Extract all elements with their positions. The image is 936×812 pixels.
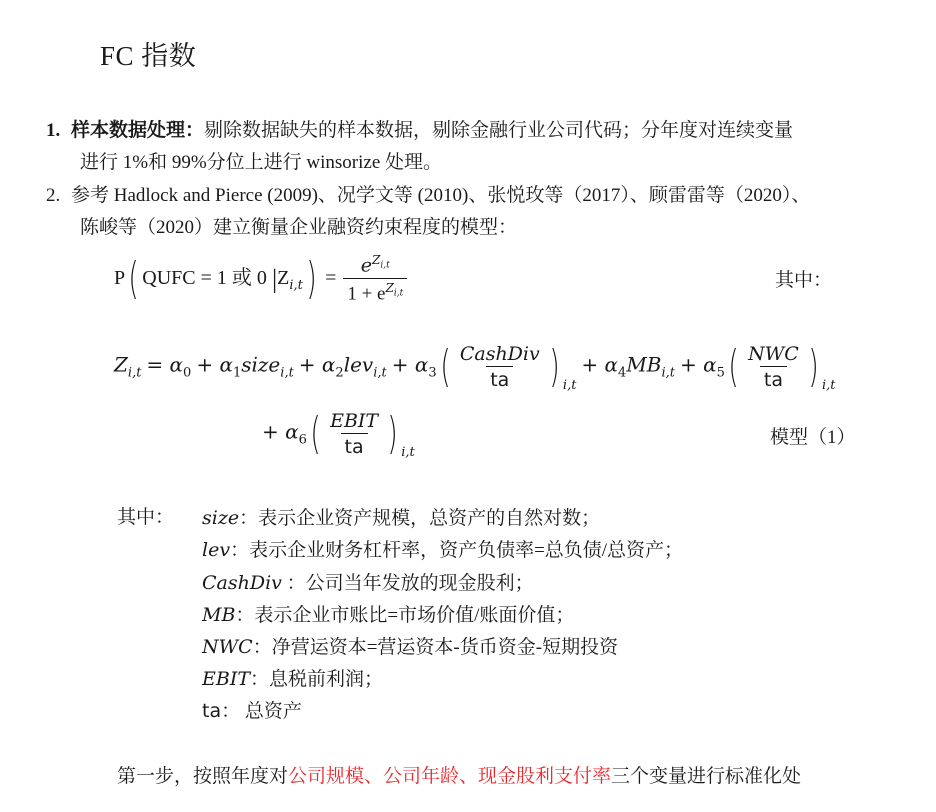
eq2-a0-sub: 0 [183,366,191,381]
definition-ta: ta： 总资产 [202,695,302,728]
left-paren: ( [129,257,139,301]
eq1-den-z: Z [386,281,394,295]
def-desc: ： 总资产 [221,701,302,722]
eq2-a3: + α [392,353,429,377]
eq2-a3-sub: 3 [428,366,436,381]
eq2-a5: + α [680,353,717,377]
item1-heading: 样本数据处理： [71,120,204,141]
list-item-2-line1: 2. 参考 Hadlock and Pierce (2009)、况学文等 (20… [46,180,810,212]
eq2-z: Z [114,353,128,377]
eq1-inner: QUFC = 1 或 0 [142,267,267,289]
frac-nwc-den: ta [760,366,787,391]
definition-lev: lev：表示企业财务杠杆率，资产负债率=总负债/总资产； [202,534,683,567]
definition-nwc: NWC：净营运资本=营运资本-货币资金-短期投资 [202,631,618,664]
paren-open: ( [310,412,320,456]
def-desc: ：净营运资本=营运资本-货币资金-短期投资 [253,637,618,658]
list-item-1-line1: 1. 样本数据处理：剔除数据缺失的样本数据，剔除金融行业公司代码；分年度对连续变… [46,115,793,147]
paren-close: ) [388,412,398,456]
step-1-paragraph: 第一步，按照年度对公司规模、公司年龄、现金股利支付率三个变量进行标准化处 [117,761,801,793]
item1-text: 剔除数据缺失的样本数据，剔除金融行业公司代码；分年度对连续变量 [204,120,793,141]
eq2-a2: + α [299,353,336,377]
frac-ebit-num: EBIT [326,410,382,433]
eq1-den-sub: i,t [394,289,403,299]
equation-probability: P(QUFC = 1 或 0 |Zi,t) = eZi,t 1 + eZi,t [114,253,409,306]
eq1-den: 1 + e [347,284,385,305]
def-desc: ：表示企业财务杠杆率，资产负债率=总负债/总资产； [230,540,683,561]
paren-open: ( [728,345,738,389]
eq2-a5-sub: 5 [717,366,725,381]
frac-cashdiv-num: CashDiv [456,343,544,366]
model-label: 模型（1） [770,422,856,454]
eq1-num-e: e [361,254,372,276]
step1-suffix: 三个变量进行标准化处 [611,766,801,787]
right-paren: ) [306,257,316,301]
frac-ebit-den: ta [341,433,368,458]
eq2-a2-sub: 2 [335,366,343,381]
eq2-a6: + α [262,420,299,444]
step1-prefix: 第一步，按照年度对 [117,766,288,787]
page-title: FC 指数 [100,34,196,73]
eq2-a6-sub: 6 [299,433,307,448]
eq2-lev-sub: i,t [373,366,387,381]
equation-z-model-cont: + α6(EBITta)i,t [262,410,415,458]
fraction-cashdiv: CashDivta [456,343,544,391]
eq1-equals: = [325,267,336,289]
eq1-p: P [114,267,125,289]
fraction-ebit: EBITta [326,410,382,458]
eq2-a0: = α [146,353,183,377]
definition-ebit: EBIT：息税前利润； [202,663,383,696]
frac-nwc-sub: i,t [822,378,836,393]
eq1-num-sub: i,t [380,260,389,270]
def-desc: ：表示企业资产规模，总资产的自然对数； [239,508,600,529]
eq1-aside: 其中： [775,265,832,297]
paren-open: ( [440,345,450,389]
eq2-a1: + α [196,353,233,377]
def-var: size [202,507,239,529]
eq2-lev: lev [344,353,374,377]
definition-mb: MB：表示企业市账比=市场价值/账面价值； [202,599,574,632]
def-var: NWC [202,636,253,658]
def-var: ta [202,700,221,722]
list-number-2: 2. [46,185,60,206]
def-var: CashDiv [202,572,282,594]
list-number-1: 1. [46,120,60,141]
eq2-z-sub: i,t [128,366,142,381]
eq1-z: Z [277,267,289,289]
eq1-fraction: eZi,t 1 + eZi,t [343,253,407,306]
fraction-nwc: NWCta [744,343,803,391]
frac-ebit-sub: i,t [401,445,415,460]
item2-text: 参考 Hadlock and Pierce (2009)、况学文等 (2010)… [71,185,810,206]
paren-close: ) [808,345,818,389]
step1-highlight: 公司规模、公司年龄、现金股利支付率 [288,766,611,787]
list-item-1-line2: 进行 1%和 99%分位上进行 winsorize 处理。 [80,147,442,179]
def-var: MB [202,604,235,626]
eq2-size: size [241,353,280,377]
eq2-mb-sub: i,t [662,366,676,381]
list-item-2-line2: 陈峻等（2020）建立衡量企业融资约束程度的模型： [80,212,517,244]
def-desc: ：息税前利润； [250,669,383,690]
def-var: EBIT [202,668,250,690]
frac-nwc-num: NWC [744,343,803,366]
frac-cashdiv-sub: i,t [563,378,577,393]
def-desc: ：公司当年发放的现金股利； [282,573,534,594]
def-desc: ：表示企业市账比=市场价值/账面价值； [235,605,574,626]
eq2-mb: MB [626,353,661,377]
eq2-a1-sub: 1 [233,366,241,381]
eq1-sub: i,t [289,278,303,293]
definitions-intro: 其中： [117,502,174,534]
equation-z-model: Zi,t = α0 + α1sizei,t + α2levi,t + α3(Ca… [114,343,836,391]
def-var: lev [202,539,230,561]
definition-cashdiv: CashDiv ：公司当年发放的现金股利； [202,567,534,600]
eq2-size-sub: i,t [280,366,294,381]
eq2-a4: + α [581,353,618,377]
frac-cashdiv-den: ta [486,366,513,391]
paren-close: ) [549,345,559,389]
definition-size: size：表示企业资产规模，总资产的自然对数； [202,502,600,535]
